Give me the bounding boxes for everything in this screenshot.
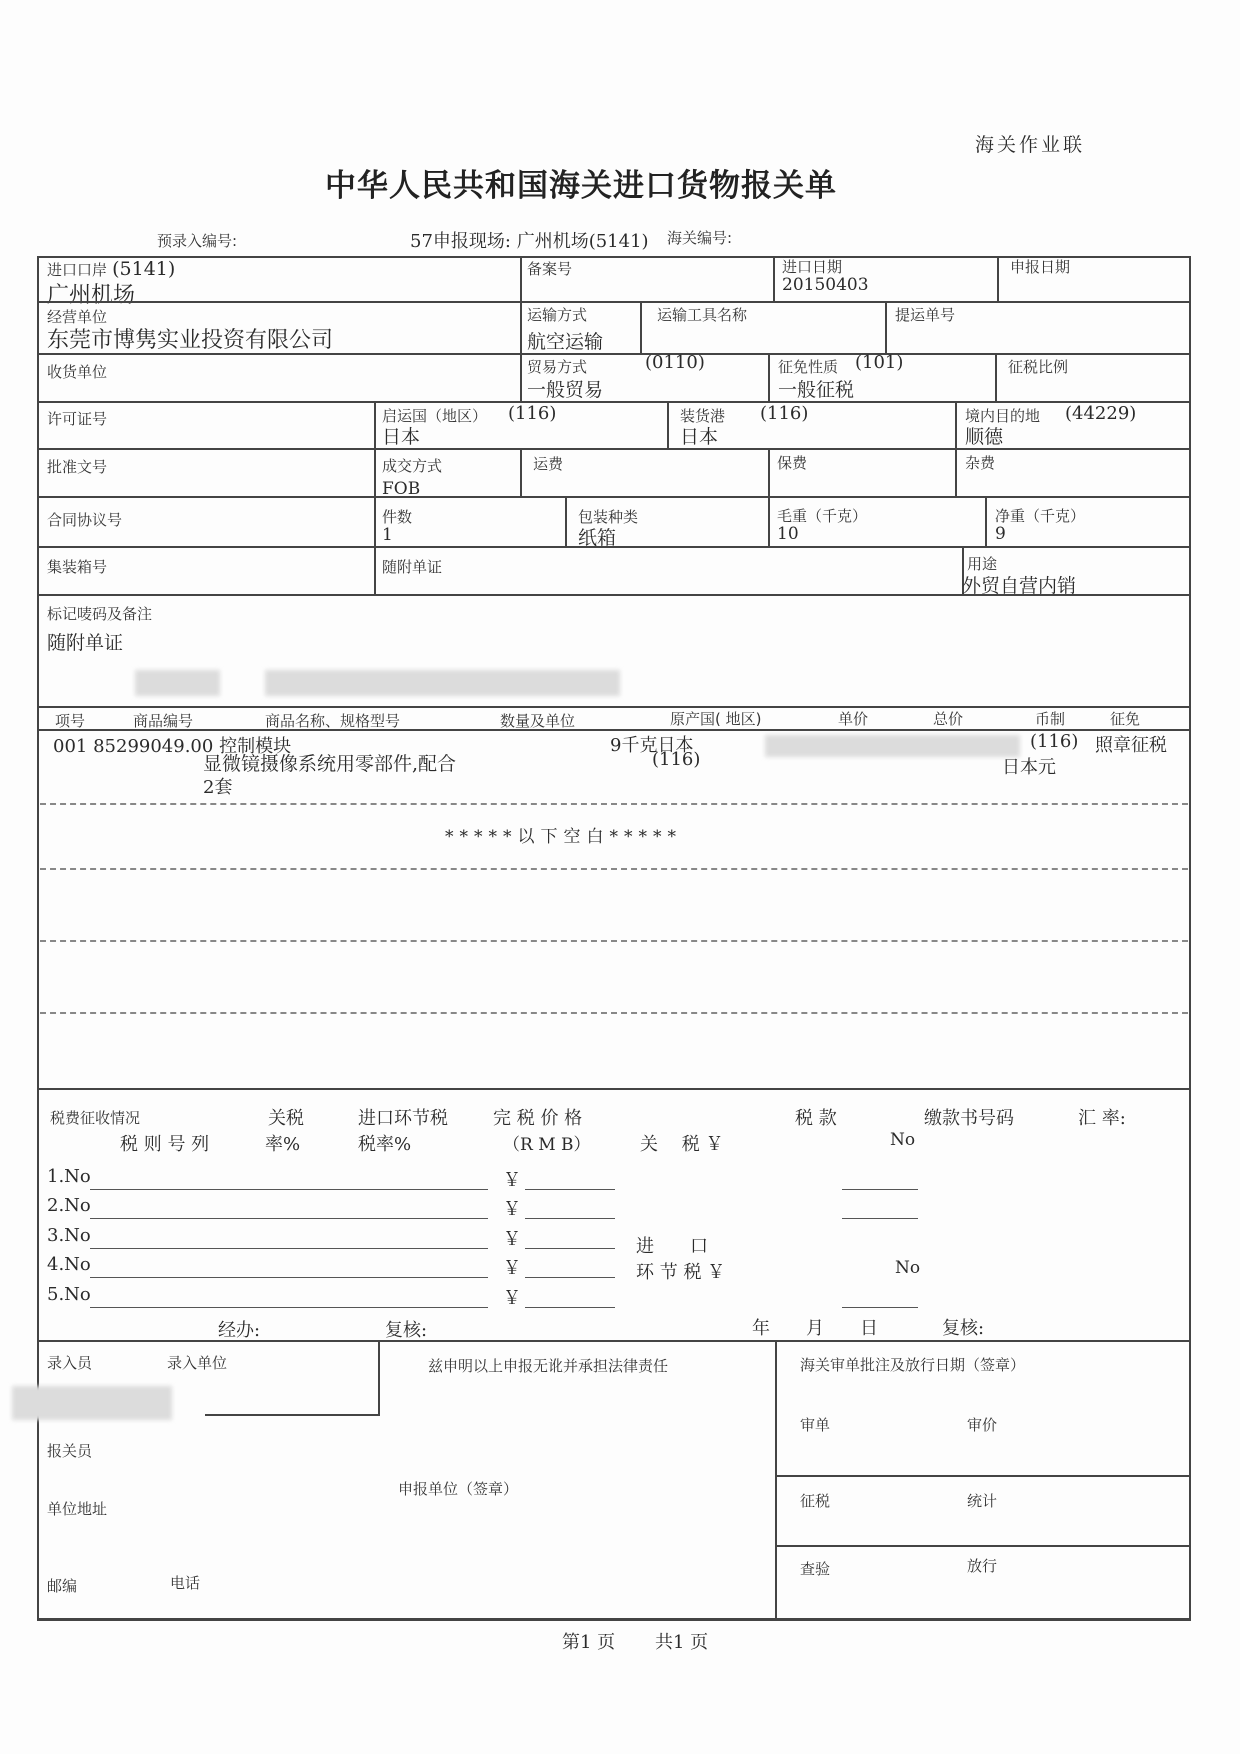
import-tax-no-label: No bbox=[895, 1258, 920, 1278]
tax-row-label: 4.No bbox=[47, 1254, 91, 1275]
date-label: 年 月 日 bbox=[752, 1314, 878, 1340]
origin-country-value: 日本 bbox=[382, 422, 420, 449]
col-exchange-rate: 汇 率: bbox=[1078, 1104, 1126, 1130]
origin-country-code: (116) bbox=[508, 403, 556, 424]
misc-fee-label: 杂费 bbox=[965, 452, 995, 473]
postcode-label: 邮编 bbox=[47, 1575, 77, 1596]
approval-no-label: 批准文号 bbox=[47, 456, 107, 477]
release-label: 放行 bbox=[967, 1555, 997, 1576]
tariff-no-line[interactable] bbox=[90, 1307, 488, 1308]
redacted-area bbox=[12, 1386, 172, 1420]
loading-port-value: 日本 bbox=[680, 422, 718, 449]
col-tariff-no: 税 则 号 列 bbox=[120, 1130, 209, 1156]
dutiable-value-line[interactable] bbox=[525, 1307, 615, 1308]
col-origin: 原产国( 地区) bbox=[670, 708, 761, 729]
col-currency: 币制 bbox=[1035, 708, 1065, 729]
goods-origin-code: (116) bbox=[652, 749, 700, 770]
tax-row-label: 5.No bbox=[47, 1284, 91, 1305]
transport-tool-label: 运输工具名称 bbox=[657, 304, 747, 325]
review-price-label: 审价 bbox=[967, 1414, 997, 1435]
currency-name: 日本元 bbox=[1002, 753, 1056, 779]
trade-mode-field: 贸易方式 bbox=[527, 356, 587, 377]
customs-approval-label: 海关审单批注及放行日期（签章） bbox=[800, 1354, 1025, 1375]
entry-unit-label: 录入单位 bbox=[167, 1352, 227, 1373]
broker-label: 报关员 bbox=[47, 1440, 92, 1461]
page-total: 共1 页 bbox=[655, 1628, 708, 1654]
net-weight-label: 净重（千克） bbox=[995, 505, 1085, 526]
duty-no-label: No bbox=[890, 1130, 915, 1150]
pre-entry-label: 预录入编号: bbox=[157, 230, 237, 251]
declare-site: 57申报现场: 广州机场(5141) bbox=[410, 227, 649, 253]
dutiable-value-line[interactable] bbox=[525, 1248, 615, 1249]
trade-mode-code: (0110) bbox=[645, 352, 705, 373]
redacted-area bbox=[265, 670, 620, 696]
col-item-no: 项号 bbox=[55, 710, 85, 731]
frame-right bbox=[1189, 256, 1191, 1618]
bill-no-label: 提运单号 bbox=[895, 304, 955, 325]
insurance-label: 保费 bbox=[777, 452, 807, 473]
attached-docs-label: 随附单证 bbox=[382, 556, 442, 577]
tax-exempt-value: 照章征税 bbox=[1095, 731, 1167, 757]
goods-spec-line1: 显微镜摄像系统用零部件,配合 bbox=[203, 749, 456, 776]
loading-port-code: (116) bbox=[760, 403, 808, 424]
col-duty-rate-2: 率% bbox=[265, 1130, 300, 1156]
col-quantity: 数量及单位 bbox=[500, 710, 575, 731]
consignee-label: 收货单位 bbox=[47, 361, 107, 382]
currency-code: (116) bbox=[1030, 731, 1078, 752]
col-dutiable-1: 完 税 价 格 bbox=[493, 1104, 582, 1130]
redacted-price bbox=[765, 735, 1020, 757]
tariff-no-line[interactable] bbox=[90, 1277, 488, 1278]
phone-label: 电话 bbox=[170, 1572, 200, 1593]
tax-row-label: 2.No bbox=[47, 1195, 91, 1216]
gross-weight-value: 10 bbox=[777, 524, 799, 544]
handler-label: 经办: bbox=[218, 1316, 260, 1342]
review-label-2: 复核: bbox=[942, 1314, 984, 1340]
hs-code: 85299049.00 bbox=[93, 736, 213, 757]
inspection-label: 查验 bbox=[800, 1558, 830, 1579]
copy-type-label: 海关作业联 bbox=[975, 130, 1085, 157]
license-label: 许可证号 bbox=[47, 408, 107, 429]
trade-mode-value: 一般贸易 bbox=[527, 375, 603, 402]
goods-spec-line2: 2套 bbox=[203, 773, 232, 799]
dutiable-value-line[interactable] bbox=[525, 1277, 615, 1278]
destination-code: (44229) bbox=[1065, 403, 1136, 424]
tariff-no-line[interactable] bbox=[90, 1218, 488, 1219]
page-current: 第1 页 bbox=[562, 1628, 615, 1654]
yen-sign: ￥ bbox=[503, 1195, 521, 1221]
col-duty-rate-1: 关税 bbox=[268, 1104, 304, 1130]
tax-section-title: 税费征收情况 bbox=[50, 1107, 140, 1128]
review-doc-label: 审单 bbox=[800, 1414, 830, 1435]
col-total-price: 总价 bbox=[933, 708, 963, 729]
pieces-value: 1 bbox=[382, 525, 393, 545]
customs-no-label: 海关编号: bbox=[667, 227, 732, 248]
tax-nature-label: 征免性质 bbox=[778, 356, 838, 377]
declarant-seal-label: 申报单位（签章） bbox=[398, 1478, 518, 1499]
import-port-field: 进口口岸 (5141) bbox=[47, 258, 175, 280]
pieces-label: 件数 bbox=[382, 506, 412, 527]
declare-date-label: 申报日期 bbox=[1010, 256, 1070, 277]
import-tax-label-1: 进 口 bbox=[636, 1232, 708, 1258]
freight-label: 运费 bbox=[533, 453, 563, 474]
tax-row-label: 1.No bbox=[47, 1166, 91, 1187]
dutiable-value-line[interactable] bbox=[525, 1189, 615, 1190]
review-label: 复核: bbox=[385, 1316, 427, 1342]
address-label: 单位地址 bbox=[47, 1498, 107, 1519]
yen-sign: ￥ bbox=[503, 1254, 521, 1280]
tax-nature-value: 一般征税 bbox=[778, 375, 854, 402]
redacted-area bbox=[135, 670, 220, 696]
frame-bottom bbox=[37, 1618, 1191, 1621]
tax-nature-code: (101) bbox=[855, 352, 903, 373]
col-name-spec: 商品名称、规格型号 bbox=[265, 710, 400, 731]
gross-weight-label: 毛重（千克） bbox=[777, 505, 867, 526]
tax-ratio-label: 征税比例 bbox=[1008, 356, 1068, 377]
import-date-value: 20150403 bbox=[782, 275, 869, 295]
container-label: 集装箱号 bbox=[47, 556, 107, 577]
tax-row-label: 3.No bbox=[47, 1225, 91, 1246]
col-dutiable-2: （R M B） bbox=[503, 1130, 591, 1155]
levy-label: 征税 bbox=[800, 1490, 830, 1511]
col-hs-code: 商品编号 bbox=[133, 710, 193, 731]
col-unit-price: 单价 bbox=[838, 708, 868, 729]
contract-label: 合同协议号 bbox=[47, 509, 122, 530]
yen-sign: ￥ bbox=[503, 1166, 521, 1192]
marks-value: 随附单证 bbox=[47, 628, 123, 655]
import-port-value: 广州机场 bbox=[47, 278, 135, 309]
deal-mode-label: 成交方式 bbox=[382, 455, 442, 476]
col-import-rate-2: 税率% bbox=[358, 1130, 411, 1156]
col-tax-amount: 税 款 bbox=[795, 1104, 837, 1130]
destination-value: 顺德 bbox=[965, 422, 1003, 449]
transport-mode-label: 运输方式 bbox=[527, 304, 587, 325]
statistics-label: 统计 bbox=[967, 1490, 997, 1511]
marks-label: 标记唛码及备注 bbox=[47, 603, 152, 624]
yen-sign: ￥ bbox=[503, 1284, 521, 1310]
col-payment-no: 缴款书号码 bbox=[924, 1104, 1014, 1130]
transport-mode-value: 航空运输 bbox=[527, 327, 603, 354]
col-tax-exempt: 征免 bbox=[1110, 708, 1140, 729]
record-no-label: 备案号 bbox=[527, 258, 572, 279]
document-title: 中华人民共和国海关进口货物报关单 bbox=[325, 160, 837, 205]
business-unit-value: 东莞市博隽实业投资有限公司 bbox=[47, 323, 333, 354]
blank-below-notice: *****以下空白***** bbox=[445, 822, 682, 847]
declaration-statement: 兹申明以上申报无讹并承担法律责任 bbox=[428, 1355, 668, 1376]
import-date-label: 进口日期 bbox=[782, 256, 842, 277]
item-no: 001 bbox=[53, 736, 87, 757]
tariff-no-line[interactable] bbox=[90, 1248, 488, 1249]
col-import-rate-1: 进口环节税 bbox=[358, 1104, 448, 1130]
dutiable-value-line[interactable] bbox=[525, 1218, 615, 1219]
entry-clerk-label: 录入员 bbox=[47, 1352, 92, 1373]
duty-label: 关 税 ￥ bbox=[640, 1130, 723, 1156]
tariff-no-line[interactable] bbox=[90, 1189, 488, 1190]
yen-sign: ￥ bbox=[503, 1225, 521, 1251]
net-weight-value: 9 bbox=[995, 524, 1006, 544]
import-tax-label-2: 环 节 税 ￥ bbox=[636, 1258, 725, 1284]
